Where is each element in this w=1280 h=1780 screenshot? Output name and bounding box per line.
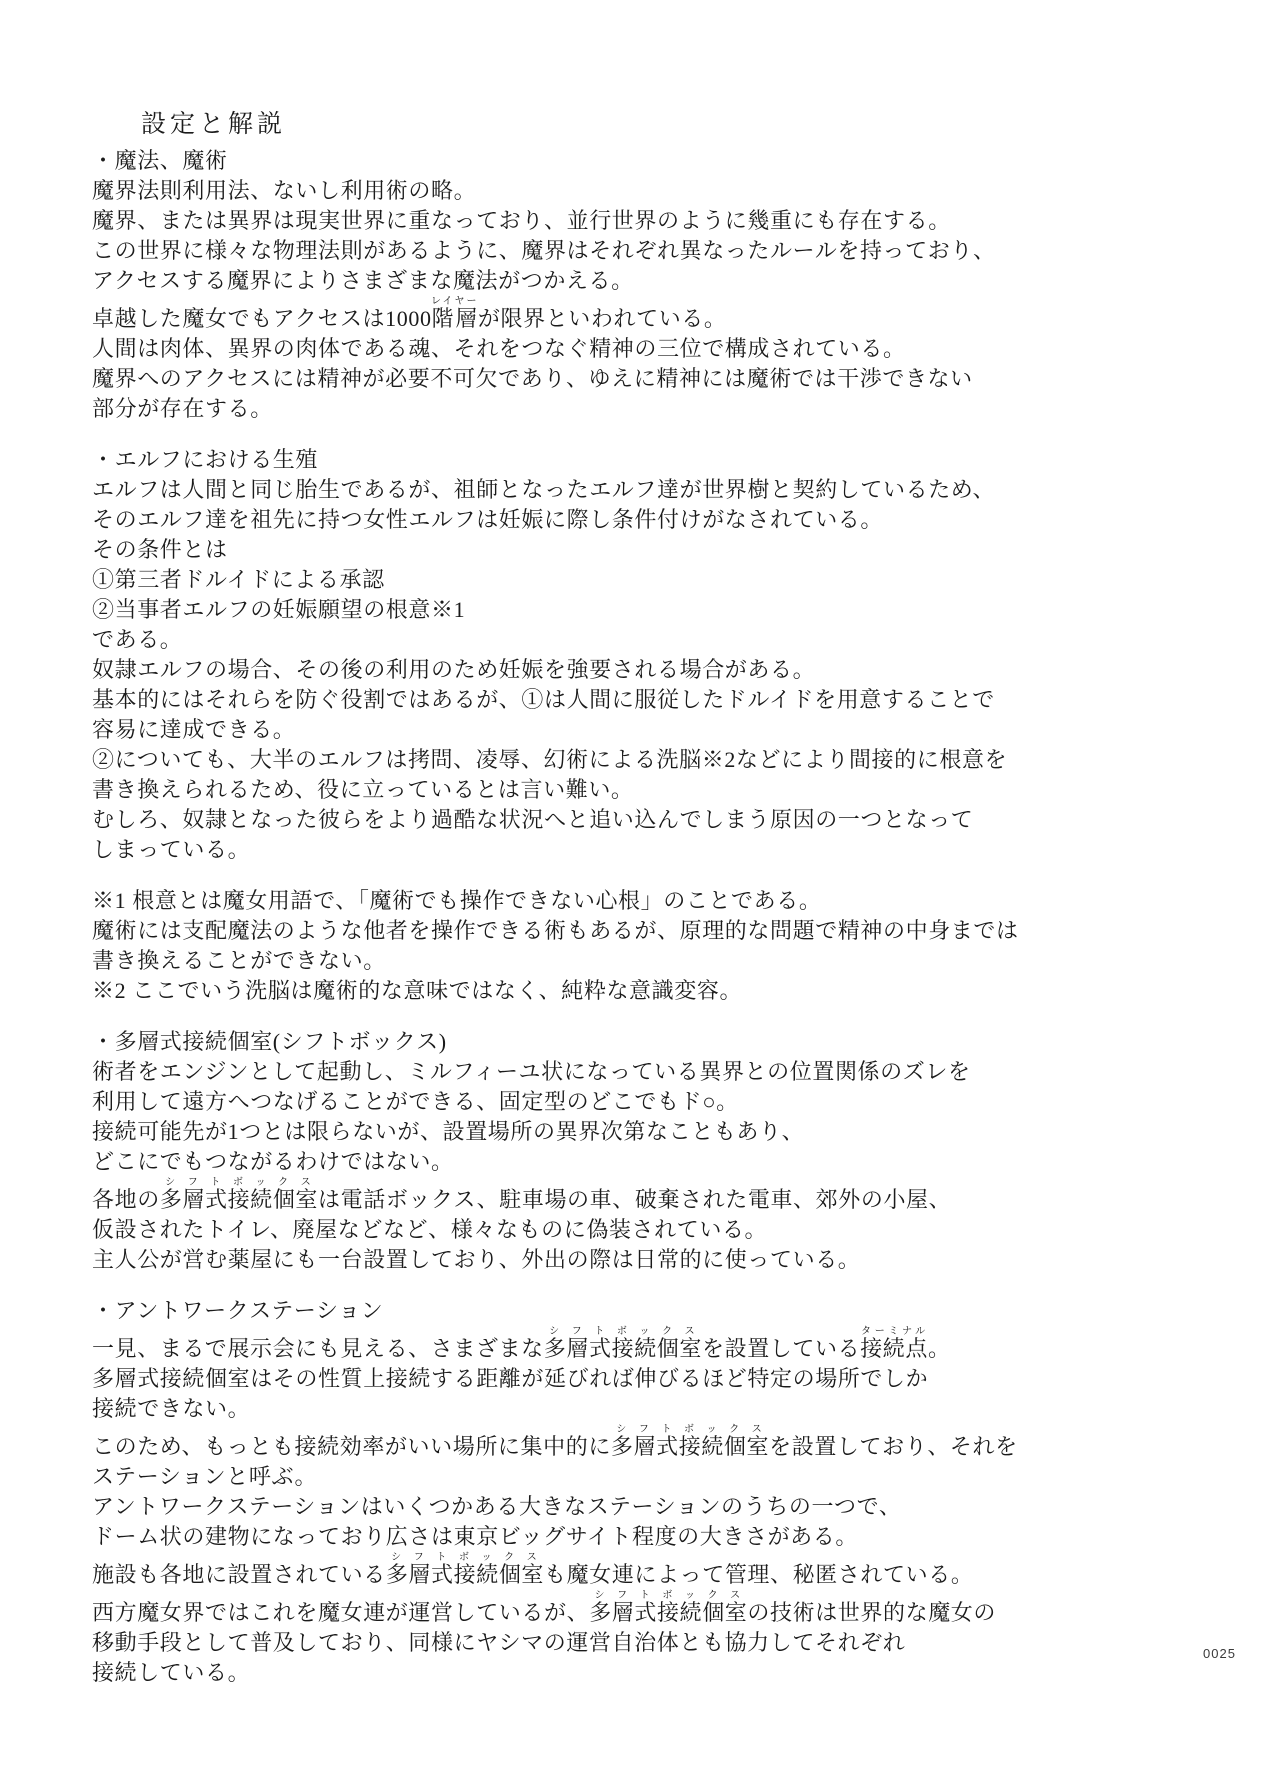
ruby-annotated-text: 多層式接続個室シフトボックス bbox=[386, 1562, 544, 1587]
text-line: 魔界へのアクセスには精神が必要不可欠であり、ゆえに精神には魔術では干渉できない bbox=[92, 364, 1019, 394]
text-line: エルフは人間と同じ胎生であるが、祖師となったエルフ達が世界樹と契約しているため、 bbox=[92, 475, 1019, 505]
text-line: ※1 根意とは魔女用語で、「魔術でも操作できない心根」のことである。 bbox=[92, 886, 1019, 916]
section: ※1 根意とは魔女用語で、「魔術でも操作できない心根」のことである。魔術には支配… bbox=[92, 886, 1019, 1006]
text-line: 魔界、または異界は現実世界に重なっており、並行世界のように幾重にも存在する。 bbox=[92, 206, 1019, 236]
text-line: 書き換えられるため、役に立っているとは言い難い。 bbox=[92, 775, 1019, 805]
ruby-annotated-text: 階層レイヤー bbox=[432, 306, 478, 331]
text-line: 西方魔女界ではこれを魔女連が運営しているが、多層式接続個室シフトボックスの技術は… bbox=[92, 1590, 1019, 1628]
ruby-annotated-text: 多層式接続個室シフトボックス bbox=[544, 1336, 702, 1361]
ruby-annotated-text: 多層式接続個室シフトボックス bbox=[589, 1600, 747, 1625]
text-line: 部分が存在する。 bbox=[92, 394, 1019, 424]
text-line: このため、もっとも接続効率がいい場所に集中的に多層式接続個室シフトボックスを設置… bbox=[92, 1424, 1019, 1462]
text-line: 人間は肉体、異界の肉体である魂、それをつなぐ精神の三位で構成されている。 bbox=[92, 334, 1019, 364]
text-line: 接続している。 bbox=[92, 1658, 1019, 1688]
ruby-annotated-text: 接続点ターミナル bbox=[860, 1336, 928, 1361]
text-line: そのエルフ達を祖先に持つ女性エルフは妊娠に際し条件付けがなされている。 bbox=[92, 505, 1019, 535]
ruby-annotated-text: 多層式接続個室シフトボックス bbox=[611, 1434, 769, 1459]
text-line: ・魔法、魔術 bbox=[92, 146, 1019, 176]
text-line: 魔界法則利用法、ないし利用術の略。 bbox=[92, 176, 1019, 206]
text-line: ※2 ここでいう洗脳は魔術的な意味ではなく、純粋な意識変容。 bbox=[92, 976, 1019, 1006]
text-line: アクセスする魔界によりさまざまな魔法がつかえる。 bbox=[92, 266, 1019, 296]
text-line: である。 bbox=[92, 625, 1019, 655]
text-line: ドーム状の建物になっており広さは東京ビッグサイト程度の大きさがある。 bbox=[92, 1522, 1019, 1552]
section: ・多層式接続個室(シフトボックス)術者をエンジンとして起動し、ミルフィーユ状にな… bbox=[92, 1027, 1019, 1275]
text-line: 接続できない。 bbox=[92, 1394, 1019, 1424]
text-line: ステーションと呼ぶ。 bbox=[92, 1462, 1019, 1492]
text-line: 奴隷エルフの場合、その後の利用のため妊娠を強要される場合がある。 bbox=[92, 655, 1019, 685]
text-line: 施設も各地に設置されている多層式接続個室シフトボックスも魔女連によって管理、秘匿… bbox=[92, 1552, 1019, 1590]
text-line: 多層式接続個室はその性質上接続する距離が延びれば伸びるほど特定の場所でしか bbox=[92, 1364, 1019, 1394]
text-line: ②についても、大半のエルフは拷問、凌辱、幻術による洗脳※2などにより間接的に根意… bbox=[92, 745, 1019, 775]
text-line: 魔術には支配魔法のような他者を操作できる術もあるが、原理的な問題で精神の中身まで… bbox=[92, 916, 1019, 946]
text-line: どこにでもつながるわけではない。 bbox=[92, 1147, 1019, 1177]
text-line: アントワークステーションはいくつかある大きなステーションのうちの一つで、 bbox=[92, 1492, 1019, 1522]
document-body: ・魔法、魔術魔界法則利用法、ないし利用術の略。魔界、または異界は現実世界に重なっ… bbox=[92, 146, 1019, 1709]
section: ・エルフにおける生殖エルフは人間と同じ胎生であるが、祖師となったエルフ達が世界樹… bbox=[92, 445, 1019, 865]
text-line: この世界に様々な物理法則があるように、魔界はそれぞれ異なったルールを持っており、 bbox=[92, 236, 1019, 266]
section: ・魔法、魔術魔界法則利用法、ないし利用術の略。魔界、または異界は現実世界に重なっ… bbox=[92, 146, 1019, 424]
text-line: 移動手段として普及しており、同様にヤシマの運営自治体とも協力してそれぞれ bbox=[92, 1628, 1019, 1658]
text-line: 利用して遠方へつなげることができる、固定型のどこでもド○。 bbox=[92, 1087, 1019, 1117]
text-line: ②当事者エルフの妊娠願望の根意※1 bbox=[92, 595, 1019, 625]
text-line: 術者をエンジンとして起動し、ミルフィーユ状になっている異界との位置関係のズレを bbox=[92, 1057, 1019, 1087]
text-line: 書き換えることができない。 bbox=[92, 946, 1019, 976]
ruby-annotated-text: 多層式接続個室シフトボックス bbox=[160, 1187, 318, 1212]
text-line: その条件とは bbox=[92, 535, 1019, 565]
text-line: ・エルフにおける生殖 bbox=[92, 445, 1019, 475]
text-line: ①第三者ドルイドによる承認 bbox=[92, 565, 1019, 595]
text-line: しまっている。 bbox=[92, 835, 1019, 865]
text-line: 一見、まるで展示会にも見える、さまざまな多層式接続個室シフトボックスを設置してい… bbox=[92, 1326, 1019, 1364]
text-line: 卓越した魔女でもアクセスは1000階層レイヤーが限界といわれている。 bbox=[92, 296, 1019, 334]
text-line: 接続可能先が1つとは限らないが、設置場所の異界次第なこともあり、 bbox=[92, 1117, 1019, 1147]
section: ・アントワークステーション一見、まるで展示会にも見える、さまざまな多層式接続個室… bbox=[92, 1296, 1019, 1688]
text-line: むしろ、奴隷となった彼らをより過酷な状況へと追い込んでしまう原因の一つとなって bbox=[92, 805, 1019, 835]
text-line: 各地の多層式接続個室シフトボックスは電話ボックス、駐車場の車、破棄された電車、郊… bbox=[92, 1177, 1019, 1215]
page-title: 設定と解説 bbox=[141, 104, 286, 140]
document-page: 設定と解説 ・魔法、魔術魔界法則利用法、ないし利用術の略。魔界、または異界は現実… bbox=[0, 0, 1280, 1780]
text-line: 容易に達成できる。 bbox=[92, 715, 1019, 745]
text-line: 主人公が営む薬屋にも一台設置しており、外出の際は日常的に使っている。 bbox=[92, 1245, 1019, 1275]
page-number: 0025 bbox=[1203, 1646, 1236, 1661]
text-line: ・多層式接続個室(シフトボックス) bbox=[92, 1027, 1019, 1057]
text-line: 仮設されたトイレ、廃屋などなど、様々なものに偽装されている。 bbox=[92, 1215, 1019, 1245]
text-line: ・アントワークステーション bbox=[92, 1296, 1019, 1326]
text-line: 基本的にはそれらを防ぐ役割ではあるが、①は人間に服従したドルイドを用意することで bbox=[92, 685, 1019, 715]
